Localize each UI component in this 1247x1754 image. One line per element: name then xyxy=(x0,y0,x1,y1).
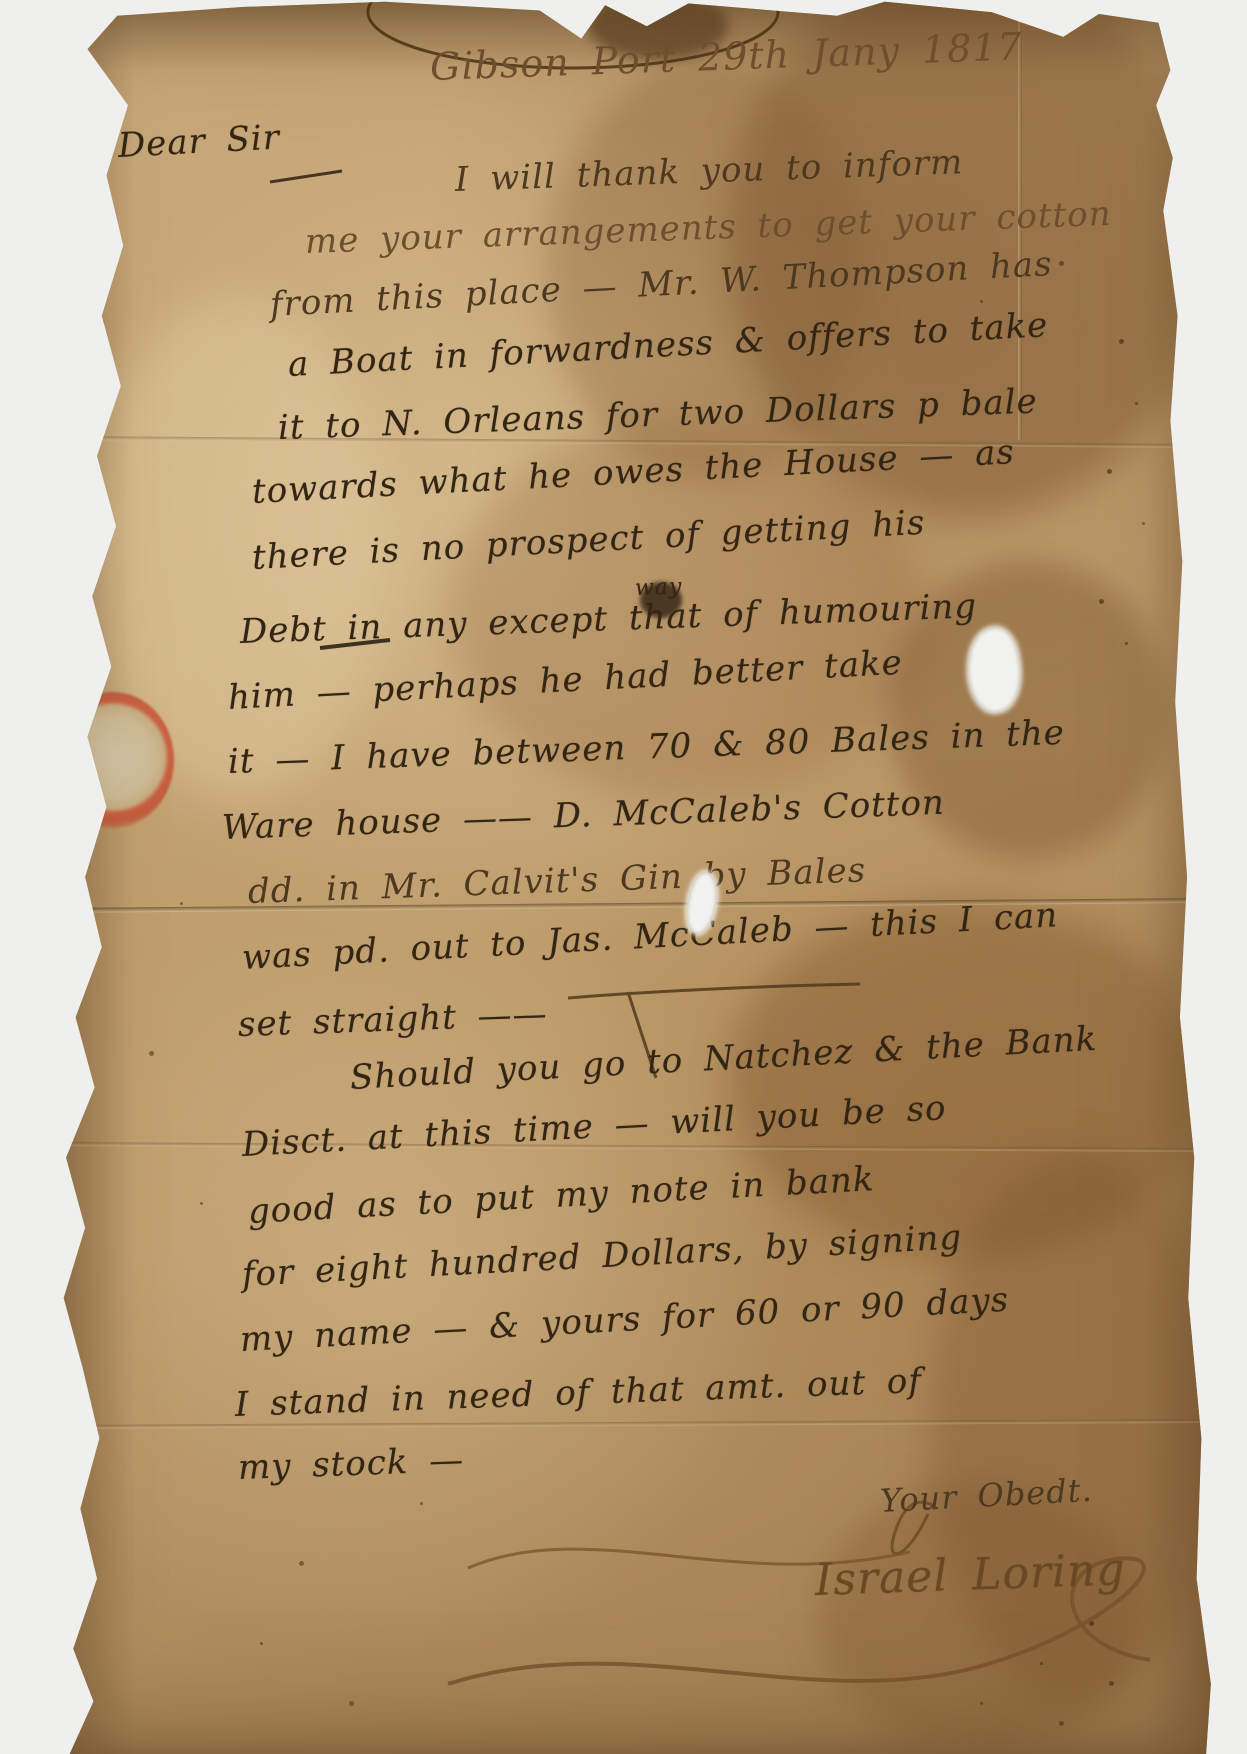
scanner-background: Gibson Port 29th Jany 1817 Dear Sir I wi… xyxy=(0,0,1247,1754)
letter-line: Disct. at this time — will you be so xyxy=(241,1088,948,1165)
signature: Israel Loring xyxy=(814,1544,1126,1606)
salutation: Dear Sir xyxy=(117,118,281,166)
letter-line: I stand in need of that amt. out of xyxy=(234,1361,922,1425)
letter-line: good as to put my note in bank xyxy=(247,1159,875,1232)
letter-line: Debt in any except that of humouring xyxy=(239,586,977,652)
fold-crease-1 xyxy=(28,436,1218,448)
letter-line: there is no prospect of getting his xyxy=(251,503,926,578)
letter-line: Ware house —— D. McCaleb's Cotton xyxy=(221,783,945,848)
letter-line: him — perhaps he had better take xyxy=(227,643,904,718)
letter-line: my stock — xyxy=(237,1440,465,1488)
letter-line: I will thank you to inform xyxy=(454,142,964,200)
stain-bottom-middle xyxy=(728,900,1208,1260)
closing: Your Obedt. xyxy=(879,1471,1094,1520)
dateline: Gibson Port 29th Jany 1817 xyxy=(429,24,1023,89)
stain-signature-area xyxy=(818,1480,1138,1754)
letter-line: set straight —— xyxy=(237,994,548,1045)
salutation-underline-stroke xyxy=(270,171,342,182)
fly-specks xyxy=(28,0,31,3)
letter-line: dd. in Mr. Calvit's Gin by Bales xyxy=(247,850,866,912)
letter-line: my name — & yours for 60 or 90 days xyxy=(239,1280,1010,1360)
fold-crease-4 xyxy=(28,1419,1218,1429)
letter-line: it — I have between 70 & 80 Bales in the xyxy=(227,713,1065,782)
paper-tear-notch xyxy=(962,625,1025,715)
letter-line: for eight hundred Dollars, by signing xyxy=(241,1217,963,1295)
wax-seal-stain xyxy=(52,692,174,828)
letter-paper: Gibson Port 29th Jany 1817 Dear Sir I wi… xyxy=(28,0,1218,1754)
stain-bottom-right xyxy=(928,1150,1228,1700)
